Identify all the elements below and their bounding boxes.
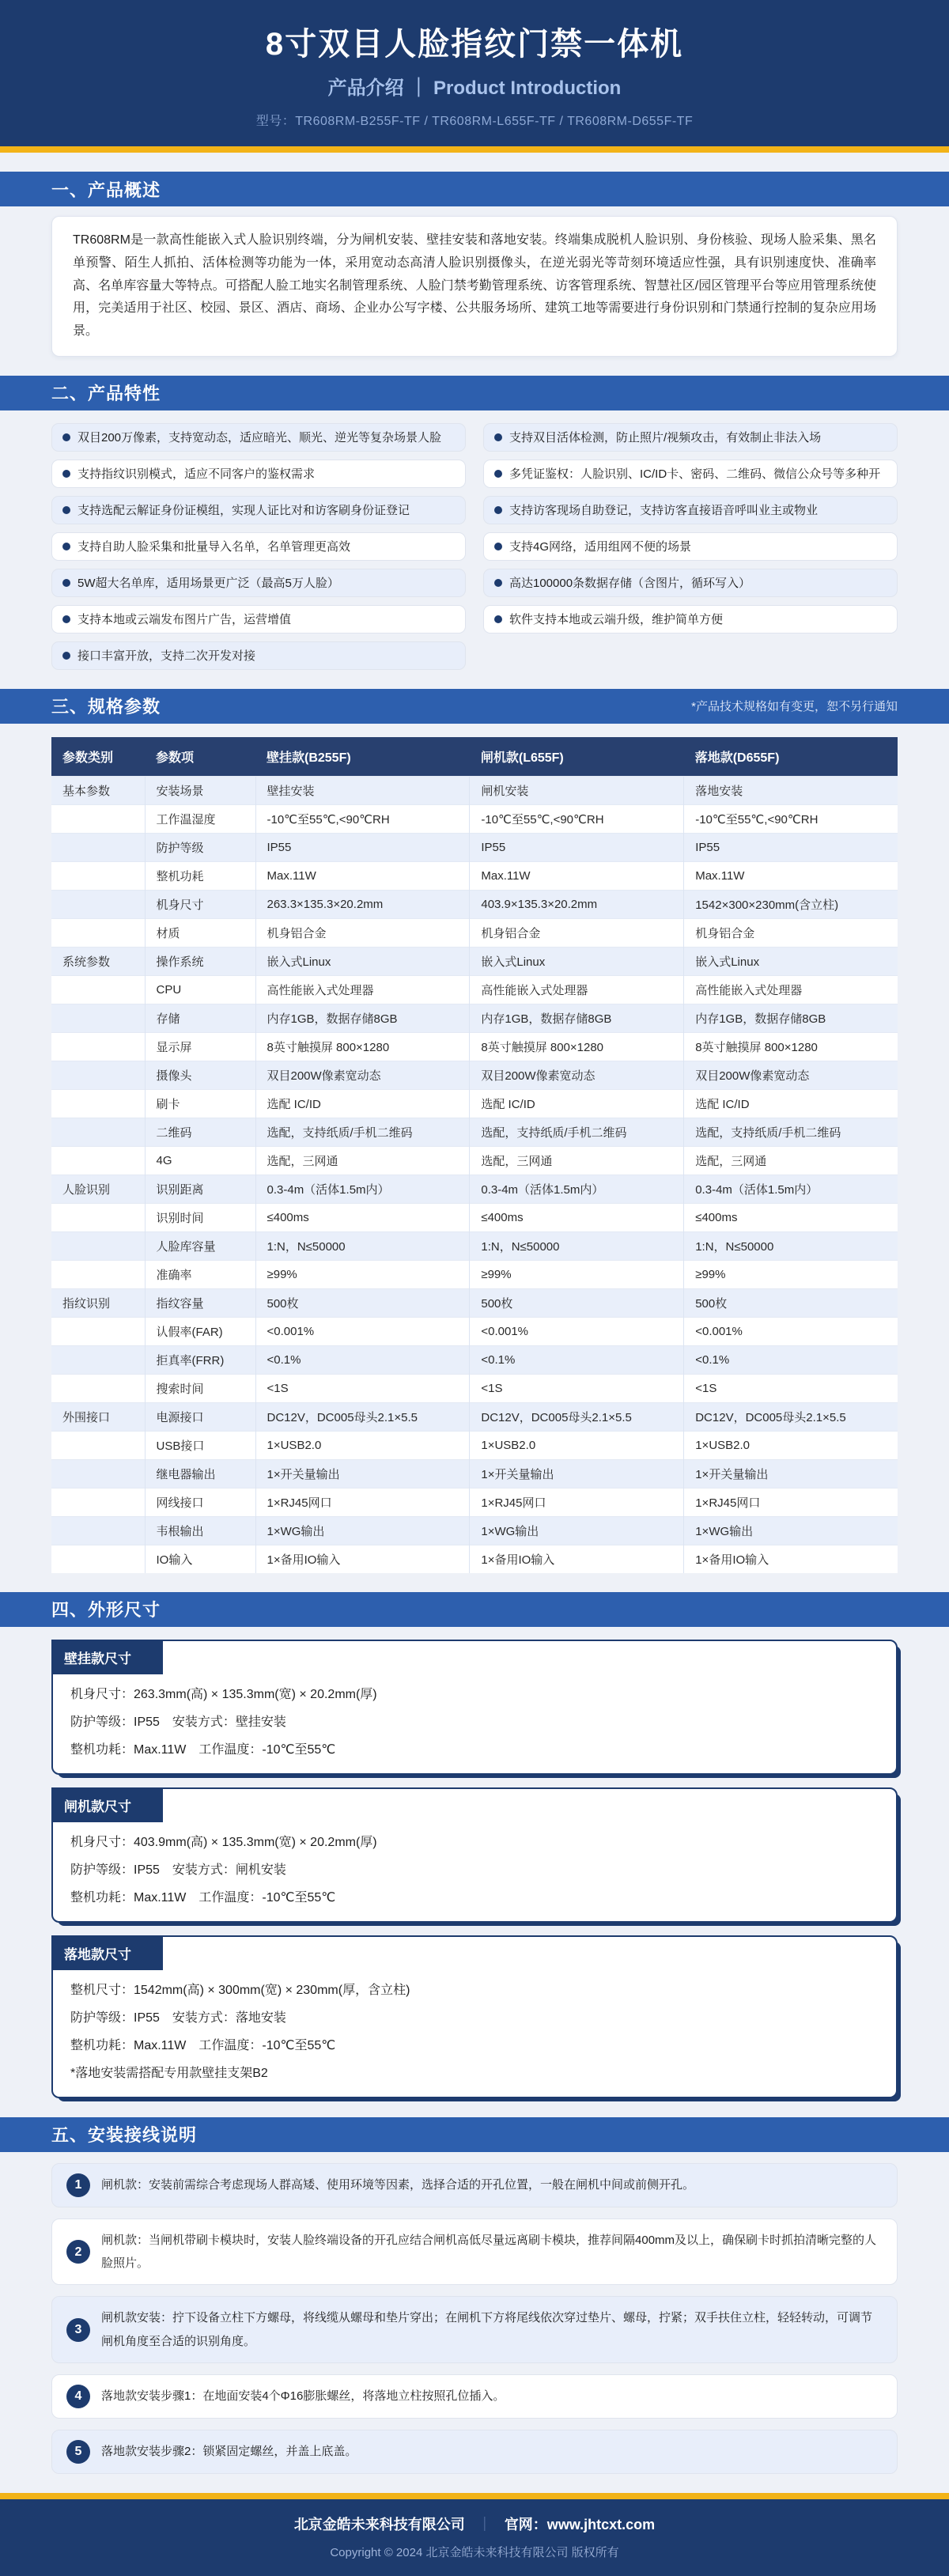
column-header: 壁挂款(B255F) [255,737,470,777]
feature-item: 支持4G网络，适用组网不便的场景 [483,532,898,561]
cell-category [51,1345,145,1374]
cell-value-d655f: 落地安装 [684,776,898,804]
cell-category [51,975,145,1004]
cell-category: 外围接口 [51,1402,145,1431]
cell-value-d655f: 500枚 [684,1288,898,1317]
cell-value-d655f: -10℃至55℃,<90℃RH [684,804,898,833]
cell-value-b255f: 8英寸触摸屏 800×1280 [255,1032,470,1061]
feature-label: 支持选配云解证身份证模组，实现人证比对和访客刷身份证登记 [78,501,410,518]
feature-label: 双目200万像素，支持宽动态，适应暗光、顺光、逆光等复杂场景人脸 [78,429,441,445]
feature-item: 支持本地或云端发布图片广告，运营增值 [51,605,466,634]
features-grid: 双目200万像素，支持宽动态，适应暗光、顺光、逆光等复杂场景人脸 支持双目活体检… [51,423,898,670]
cell-param: 安装场景 [145,776,255,804]
specs-disclaimer: *产品技术规格如有变更，恕不另行通知 [691,698,898,714]
cell-param: 整机功耗 [145,861,255,890]
cell-category: 基本参数 [51,776,145,804]
cell-category: 人脸识别 [51,1175,145,1203]
page-footer: 北京金皓未来科技有限公司 ｜ 官网：www.jhtcxt.com Copyrig… [0,2499,949,2576]
cell-category [51,804,145,833]
cell-param: 4G [145,1146,255,1175]
cell-value-b255f: 1×开关量输出 [255,1459,470,1488]
section-banner-installation: 五、安装接线说明 [0,2117,949,2152]
cell-value-l655f: 1:N，N≤50000 [470,1231,684,1260]
column-header: 参数项 [145,737,255,777]
feature-label: 支持自助人脸采集和批量导入名单，名单管理更高效 [78,538,350,554]
bullet-icon [494,433,502,441]
cell-value-l655f: ≤400ms [470,1203,684,1231]
cell-param: 电源接口 [145,1402,255,1431]
table-row: 准确率 ≥99% ≥99% ≥99% [51,1260,898,1288]
cell-value-d655f: 双目200W像素宽动态 [684,1061,898,1089]
feature-label: 支持双目活体检测，防止照片/视频攻击，有效制止非法入场 [509,429,821,445]
cell-value-d655f: 高性能嵌入式处理器 [684,975,898,1004]
table-row: 指纹识别 指纹容量 500枚 500枚 500枚 [51,1288,898,1317]
cell-value-d655f: 选配，三网通 [684,1146,898,1175]
dimension-line: 防护等级：IP55 安装方式：闸机安装 [53,1855,896,1882]
cell-category [51,1431,145,1459]
dimension-line: *落地安装需搭配专用款壁挂支架B2 [53,2058,896,2086]
cell-value-b255f: 1×RJ45网口 [255,1488,470,1516]
cell-value-d655f: 1×WG输出 [684,1516,898,1545]
installation-item: 2 闸机款：当闸机带刷卡模块时，安装人脸终端设备的开孔应结合闸机高低尽量远离刷卡… [51,2219,898,2286]
cell-category [51,1231,145,1260]
cell-category [51,1004,145,1032]
cell-value-l655f: 1×RJ45网口 [470,1488,684,1516]
cell-value-d655f: 0.3-4m（活体1.5m内） [684,1175,898,1203]
feature-label: 支持访客现场自助登记，支持访客直接语音呼叫业主或物业 [509,501,818,518]
table-row: CPU 高性能嵌入式处理器 高性能嵌入式处理器 高性能嵌入式处理器 [51,975,898,1004]
overview-text: TR608RM是一款高性能嵌入式人脸识别终端，分为闸机安装、壁挂安装和落地安装。… [73,233,876,338]
section-banner-overview: 一、产品概述 [0,172,949,206]
cell-value-l655f: 1×WG输出 [470,1516,684,1545]
dimension-line: 防护等级：IP55 安装方式：壁挂安装 [53,1707,896,1734]
feature-item: 5W超大名单库，适用场景更广泛（最高5万人脸） [51,569,466,597]
cell-param: 拒真率(FRR) [145,1345,255,1374]
cell-value-d655f: 8英寸触摸屏 800×1280 [684,1032,898,1061]
cell-value-b255f: ≥99% [255,1260,470,1288]
cell-param: 搜索时间 [145,1374,255,1402]
cell-param: 指纹容量 [145,1288,255,1317]
cell-param: 刷卡 [145,1089,255,1118]
cell-param: 识别距离 [145,1175,255,1203]
cell-param: 工作温湿度 [145,804,255,833]
dimension-line: 整机功耗：Max.11W 工作温度：-10℃至55℃ [53,1734,896,1762]
step-number-badge: 4 [66,2385,90,2408]
feature-label: 支持4G网络，适用组网不便的场景 [509,538,691,554]
installation-list: 1 闸机款：安装前需综合考虑现场人群高矮、使用环境等因素，选择合适的开孔位置，一… [51,2163,898,2474]
cell-value-l655f: <0.001% [470,1317,684,1345]
section-banner-specs: 三、规格参数 *产品技术规格如有变更，恕不另行通知 [0,689,949,724]
dimension-line: 机身尺寸：403.9mm(高) × 135.3mm(宽) × 20.2mm(厚) [53,1827,896,1855]
cell-value-l655f: 8英寸触摸屏 800×1280 [470,1032,684,1061]
cell-value-b255f: 嵌入式Linux [255,947,470,975]
cell-param: 防护等级 [145,833,255,861]
cell-value-b255f: 263.3×135.3×20.2mm [255,890,470,918]
cell-value-d655f: 1×USB2.0 [684,1431,898,1459]
table-row: 工作温湿度 -10℃至55℃,<90℃RH -10℃至55℃,<90℃RH -1… [51,804,898,833]
feature-label: 多凭证鉴权：人脸识别、IC/ID卡、密码、二维码、微信公众号等多种开 [509,465,880,482]
table-row: 材质 机身铝合金 机身铝合金 机身铝合金 [51,918,898,947]
cell-param: IO输入 [145,1545,255,1573]
installation-item: 5 落地款安装步骤2：锁紧固定螺丝，并盖上底盖。 [51,2430,898,2474]
bullet-icon [494,506,502,514]
cell-value-d655f: 1:N，N≤50000 [684,1231,898,1260]
table-row: 网线接口 1×RJ45网口 1×RJ45网口 1×RJ45网口 [51,1488,898,1516]
page-header: 8寸双目人脸指纹门禁一体机 产品介绍 ｜ Product Introductio… [0,0,949,146]
cell-value-b255f: DC12V，DC005母头2.1×5.5 [255,1402,470,1431]
copyright-text: Copyright © 2024 北京金皓未来科技有限公司 版权所有 [0,2544,949,2560]
cell-value-b255f: -10℃至55℃,<90℃RH [255,804,470,833]
table-row: 人脸识别 识别距离 0.3-4m（活体1.5m内） 0.3-4m（活体1.5m内… [51,1175,898,1203]
column-header: 闸机款(L655F) [470,737,684,777]
cell-value-b255f: 1:N，N≤50000 [255,1231,470,1260]
footer-divider: ｜ [478,2514,492,2534]
cell-value-l655f: 选配 IC/ID [470,1089,684,1118]
table-row: 机身尺寸 263.3×135.3×20.2mm 403.9×135.3×20.2… [51,890,898,918]
feature-item: 支持指纹识别模式，适应不同客户的鉴权需求 [51,460,466,488]
cell-param: 存储 [145,1004,255,1032]
cell-category [51,833,145,861]
cell-category [51,1488,145,1516]
cell-value-b255f: 机身铝合金 [255,918,470,947]
cell-value-b255f: 1×WG输出 [255,1516,470,1545]
feature-item: 接口丰富开放，支持二次开发对接 [51,641,466,670]
table-row: 系统参数 操作系统 嵌入式Linux 嵌入式Linux 嵌入式Linux [51,947,898,975]
cell-value-l655f: Max.11W [470,861,684,890]
section-heading-features: 二、产品特性 [51,380,161,405]
cell-value-b255f: IP55 [255,833,470,861]
feature-item: 支持自助人脸采集和批量导入名单，名单管理更高效 [51,532,466,561]
step-number-badge: 3 [66,2318,90,2342]
table-row: 显示屏 8英寸触摸屏 800×1280 8英寸触摸屏 800×1280 8英寸触… [51,1032,898,1061]
table-row: 二维码 选配，支持纸质/手机二维码 选配，支持纸质/手机二维码 选配，支持纸质/… [51,1118,898,1146]
feature-item: 高达100000条数据存储（含图片，循环写入） [483,569,898,597]
table-row: 认假率(FAR) <0.001% <0.001% <0.001% [51,1317,898,1345]
cell-value-d655f: 选配，支持纸质/手机二维码 [684,1118,898,1146]
cell-value-l655f: IP55 [470,833,684,861]
spec-table: 参数类别参数项壁挂款(B255F)闸机款(L655F)落地款(D655F) 基本… [51,737,898,1573]
dimension-card: 壁挂款尺寸 机身尺寸：263.3mm(高) × 135.3mm(宽) × 20.… [51,1640,898,1775]
cell-value-l655f: 1×USB2.0 [470,1431,684,1459]
installation-text: 落地款安装步骤2：锁紧固定螺丝，并盖上底盖。 [101,2440,357,2463]
cell-param: USB接口 [145,1431,255,1459]
cell-value-l655f: 内存1GB，数据存储8GB [470,1004,684,1032]
table-row: 识别时间 ≤400ms ≤400ms ≤400ms [51,1203,898,1231]
cell-category [51,1118,145,1146]
cell-value-l655f: 高性能嵌入式处理器 [470,975,684,1004]
cell-category: 指纹识别 [51,1288,145,1317]
cell-value-b255f: 选配，支持纸质/手机二维码 [255,1118,470,1146]
cell-value-l655f: 1×备用IO输入 [470,1545,684,1573]
spec-table-header-row: 参数类别参数项壁挂款(B255F)闸机款(L655F)落地款(D655F) [51,737,898,777]
cell-value-b255f: 1×备用IO输入 [255,1545,470,1573]
cell-value-d655f: 选配 IC/ID [684,1089,898,1118]
cell-category [51,1317,145,1345]
cell-category [51,1516,145,1545]
cell-value-b255f: ≤400ms [255,1203,470,1231]
cell-param: 认假率(FAR) [145,1317,255,1345]
table-row: 搜索时间 <1S <1S <1S [51,1374,898,1402]
bullet-icon [494,470,502,478]
cell-param: 材质 [145,918,255,947]
feature-item: 双目200万像素，支持宽动态，适应暗光、顺光、逆光等复杂场景人脸 [51,423,466,452]
bullet-icon [62,615,70,623]
cell-category [51,1146,145,1175]
feature-label: 5W超大名单库，适用场景更广泛（最高5万人脸） [78,574,339,591]
installation-text: 闸机款：安装前需综合考虑现场人群高矮、使用环境等因素，选择合适的开孔位置，一般在… [101,2173,694,2196]
cell-value-d655f: IP55 [684,833,898,861]
cell-value-d655f: 1×备用IO输入 [684,1545,898,1573]
cell-value-l655f: 1×开关量输出 [470,1459,684,1488]
cell-category [51,1089,145,1118]
cell-value-b255f: <0.001% [255,1317,470,1345]
dimension-card: 闸机款尺寸 机身尺寸：403.9mm(高) × 135.3mm(宽) × 20.… [51,1787,898,1923]
cell-value-d655f: 内存1GB，数据存储8GB [684,1004,898,1032]
cell-value-d655f: <0.1% [684,1345,898,1374]
section-heading-specs: 三、规格参数 [51,694,161,718]
table-row: 整机功耗 Max.11W Max.11W Max.11W [51,861,898,890]
overview-card: TR608RM是一款高性能嵌入式人脸识别终端，分为闸机安装、壁挂安装和落地安装。… [51,216,898,357]
cell-param: 机身尺寸 [145,890,255,918]
dimension-line: 机身尺寸：263.3mm(高) × 135.3mm(宽) × 20.2mm(厚) [53,1679,896,1707]
feature-label: 接口丰富开放，支持二次开发对接 [78,647,255,664]
cell-param: 韦根输出 [145,1516,255,1545]
cell-value-b255f: 500枚 [255,1288,470,1317]
feature-item: 支持双目活体检测，防止照片/视频攻击，有效制止非法入场 [483,423,898,452]
dimension-card-label: 落地款尺寸 [53,1937,163,1970]
cell-param: 二维码 [145,1118,255,1146]
cell-value-l655f: <0.1% [470,1345,684,1374]
cell-param: 网线接口 [145,1488,255,1516]
bullet-icon [62,652,70,660]
bullet-icon [62,543,70,550]
table-row: 基本参数 安装场景 壁挂安装 闸机安装 落地安装 [51,776,898,804]
company-name: 北京金皓未来科技有限公司 [294,2514,465,2534]
cell-value-b255f: 1×USB2.0 [255,1431,470,1459]
cell-value-b255f: <0.1% [255,1345,470,1374]
cell-value-l655f: 闸机安装 [470,776,684,804]
table-row: 存储 内存1GB，数据存储8GB 内存1GB，数据存储8GB 内存1GB，数据存… [51,1004,898,1032]
cell-param: 识别时间 [145,1203,255,1231]
cell-value-b255f: 选配，三网通 [255,1146,470,1175]
table-row: 防护等级 IP55 IP55 IP55 [51,833,898,861]
cell-value-b255f: 高性能嵌入式处理器 [255,975,470,1004]
cell-value-b255f: 内存1GB，数据存储8GB [255,1004,470,1032]
table-row: 继电器输出 1×开关量输出 1×开关量输出 1×开关量输出 [51,1459,898,1488]
step-number-badge: 2 [66,2240,90,2264]
cell-value-b255f: Max.11W [255,861,470,890]
cell-value-d655f: 1×开关量输出 [684,1459,898,1488]
table-row: IO输入 1×备用IO输入 1×备用IO输入 1×备用IO输入 [51,1545,898,1573]
feature-label: 支持本地或云端发布图片广告，运营增值 [78,611,291,627]
cell-param: 准确率 [145,1260,255,1288]
cell-category [51,1374,145,1402]
feature-label: 软件支持本地或云端升级，维护简单方便 [509,611,723,627]
table-row: 外围接口 电源接口 DC12V，DC005母头2.1×5.5 DC12V，DC0… [51,1402,898,1431]
cell-value-l655f: 选配，三网通 [470,1146,684,1175]
cell-category [51,1545,145,1573]
section-heading-installation: 五、安装接线说明 [51,2122,197,2147]
dimension-card-label: 壁挂款尺寸 [53,1641,163,1674]
model-line: 型号：TR608RM-B255F-TF / TR608RM-L655F-TF /… [0,111,949,129]
feature-item: 多凭证鉴权：人脸识别、IC/ID卡、密码、二维码、微信公众号等多种开 [483,460,898,488]
table-row: 人脸库容量 1:N，N≤50000 1:N，N≤50000 1:N，N≤5000… [51,1231,898,1260]
cell-category [51,918,145,947]
bullet-icon [62,433,70,441]
dimension-line: 防护等级：IP55 安装方式：落地安装 [53,2003,896,2030]
cell-value-l655f: <1S [470,1374,684,1402]
feature-label: 高达100000条数据存储（含图片，循环写入） [509,574,751,591]
table-row: 刷卡 选配 IC/ID 选配 IC/ID 选配 IC/ID [51,1089,898,1118]
table-row: 韦根输出 1×WG输出 1×WG输出 1×WG输出 [51,1516,898,1545]
dimension-card-label: 闸机款尺寸 [53,1789,163,1822]
gold-divider-top [0,146,949,153]
bullet-icon [62,470,70,478]
section-banner-features: 二、产品特性 [0,376,949,410]
cell-value-d655f: <0.001% [684,1317,898,1345]
cell-value-d655f: 机身铝合金 [684,918,898,947]
section-heading-dimensions: 四、外形尺寸 [51,1597,161,1621]
feature-item: 软件支持本地或云端升级，维护简单方便 [483,605,898,634]
dimension-line: 整机尺寸：1542mm(高) × 300mm(宽) × 230mm(厚，含立柱) [53,1975,896,2003]
cell-value-l655f: ≥99% [470,1260,684,1288]
cell-value-d655f: Max.11W [684,861,898,890]
cell-category [51,1032,145,1061]
column-header: 落地款(D655F) [684,737,898,777]
cell-value-d655f: <1S [684,1374,898,1402]
table-row: 4G 选配，三网通 选配，三网通 选配，三网通 [51,1146,898,1175]
cell-param: CPU [145,975,255,1004]
bullet-icon [494,615,502,623]
cell-category [51,861,145,890]
installation-item: 3 闸机款安装：拧下设备立柱下方螺母，将线缆从螺母和垫片穿出；在闸机下方将尾线依… [51,2296,898,2363]
column-header: 参数类别 [51,737,145,777]
table-row: 拒真率(FRR) <0.1% <0.1% <0.1% [51,1345,898,1374]
cell-value-l655f: 403.9×135.3×20.2mm [470,890,684,918]
section-banner-dimensions: 四、外形尺寸 [0,1592,949,1627]
cell-param: 人脸库容量 [145,1231,255,1260]
cell-value-b255f: 0.3-4m（活体1.5m内） [255,1175,470,1203]
installation-text: 闸机款安装：拧下设备立柱下方螺母，将线缆从螺母和垫片穿出；在闸机下方将尾线依次穿… [101,2306,883,2353]
cell-value-d655f: 1542×300×230mm(含立柱) [684,890,898,918]
feature-label: 支持指纹识别模式，适应不同客户的鉴权需求 [78,465,315,482]
bullet-icon [494,543,502,550]
cell-category [51,1459,145,1488]
installation-text: 落地款安装步骤1：在地面安装4个Φ16膨胀螺丝，将落地立柱按照孔位插入。 [101,2385,505,2408]
cell-value-l655f: 0.3-4m（活体1.5m内） [470,1175,684,1203]
cell-value-l655f: -10℃至55℃,<90℃RH [470,804,684,833]
table-row: 摄像头 双目200W像素宽动态 双目200W像素宽动态 双目200W像素宽动态 [51,1061,898,1089]
cell-category [51,1061,145,1089]
cell-value-l655f: DC12V，DC005母头2.1×5.5 [470,1402,684,1431]
cell-value-d655f: 嵌入式Linux [684,947,898,975]
cell-value-l655f: 双目200W像素宽动态 [470,1061,684,1089]
cell-value-b255f: 双目200W像素宽动态 [255,1061,470,1089]
cell-value-d655f: DC12V，DC005母头2.1×5.5 [684,1402,898,1431]
cell-category [51,1203,145,1231]
installation-item: 1 闸机款：安装前需综合考虑现场人群高矮、使用环境等因素，选择合适的开孔位置，一… [51,2163,898,2207]
table-row: USB接口 1×USB2.0 1×USB2.0 1×USB2.0 [51,1431,898,1459]
dimension-card: 落地款尺寸 整机尺寸：1542mm(高) × 300mm(宽) × 230mm(… [51,1935,898,2098]
page-title: 8寸双目人脸指纹门禁一体机 [0,19,949,64]
dimension-line: 整机功耗：Max.11W 工作温度：-10℃至55℃ [53,1882,896,1910]
cell-value-b255f: 壁挂安装 [255,776,470,804]
cell-value-d655f: ≤400ms [684,1203,898,1231]
cell-value-d655f: 1×RJ45网口 [684,1488,898,1516]
step-number-badge: 5 [66,2440,90,2464]
cell-param: 显示屏 [145,1032,255,1061]
cell-category: 系统参数 [51,947,145,975]
bullet-icon [494,579,502,587]
cell-value-l655f: 嵌入式Linux [470,947,684,975]
step-number-badge: 1 [66,2173,90,2197]
installation-text: 闸机款：当闸机带刷卡模块时，安装人脸终端设备的开孔应结合闸机高低尽量远离刷卡模块… [101,2229,883,2275]
dimension-line: 整机功耗：Max.11W 工作温度：-10℃至55℃ [53,2030,896,2058]
page-subtitle: 产品介绍 ｜ Product Introduction [0,72,949,100]
cell-param: 摄像头 [145,1061,255,1089]
feature-item: 支持选配云解证身份证模组，实现人证比对和访客刷身份证登记 [51,496,466,524]
installation-item: 4 落地款安装步骤1：在地面安装4个Φ16膨胀螺丝，将落地立柱按照孔位插入。 [51,2374,898,2419]
cell-value-l655f: 500枚 [470,1288,684,1317]
cell-category [51,890,145,918]
cell-value-d655f: ≥99% [684,1260,898,1288]
cell-category [51,1260,145,1288]
feature-item: 支持访客现场自助登记，支持访客直接语音呼叫业主或物业 [483,496,898,524]
site-link[interactable]: 官网：www.jhtcxt.com [505,2514,655,2534]
cell-value-l655f: 机身铝合金 [470,918,684,947]
bullet-icon [62,506,70,514]
cell-param: 操作系统 [145,947,255,975]
cell-value-b255f: <1S [255,1374,470,1402]
gold-divider-bottom [0,2493,949,2499]
section-heading-overview: 一、产品概述 [51,177,161,202]
cell-param: 继电器输出 [145,1459,255,1488]
cell-value-l655f: 选配，支持纸质/手机二维码 [470,1118,684,1146]
bullet-icon [62,579,70,587]
cell-value-b255f: 选配 IC/ID [255,1089,470,1118]
